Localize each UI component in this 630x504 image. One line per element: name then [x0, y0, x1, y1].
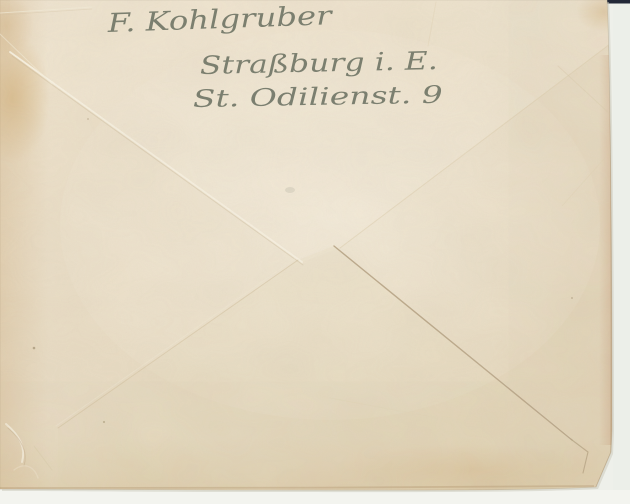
scanned-envelope-page: F. Kohlgruber Straßburg i. E. St. Odilie… [0, 0, 630, 504]
envelope-back: F. Kohlgruber Straßburg i. E. St. Odilie… [0, 0, 630, 504]
scanner-background-bottom-strip [0, 490, 630, 504]
handwriting-line-street: St. Odilienst. 9 [193, 81, 443, 113]
handwriting-line-city: Straßburg i. E. [200, 46, 439, 80]
scan-edge-mark [606, 0, 630, 4]
envelope-scan: F. Kohlgruber Straßburg i. E. St. Odilie… [0, 0, 630, 504]
scanner-background-right-strip [613, 0, 630, 504]
